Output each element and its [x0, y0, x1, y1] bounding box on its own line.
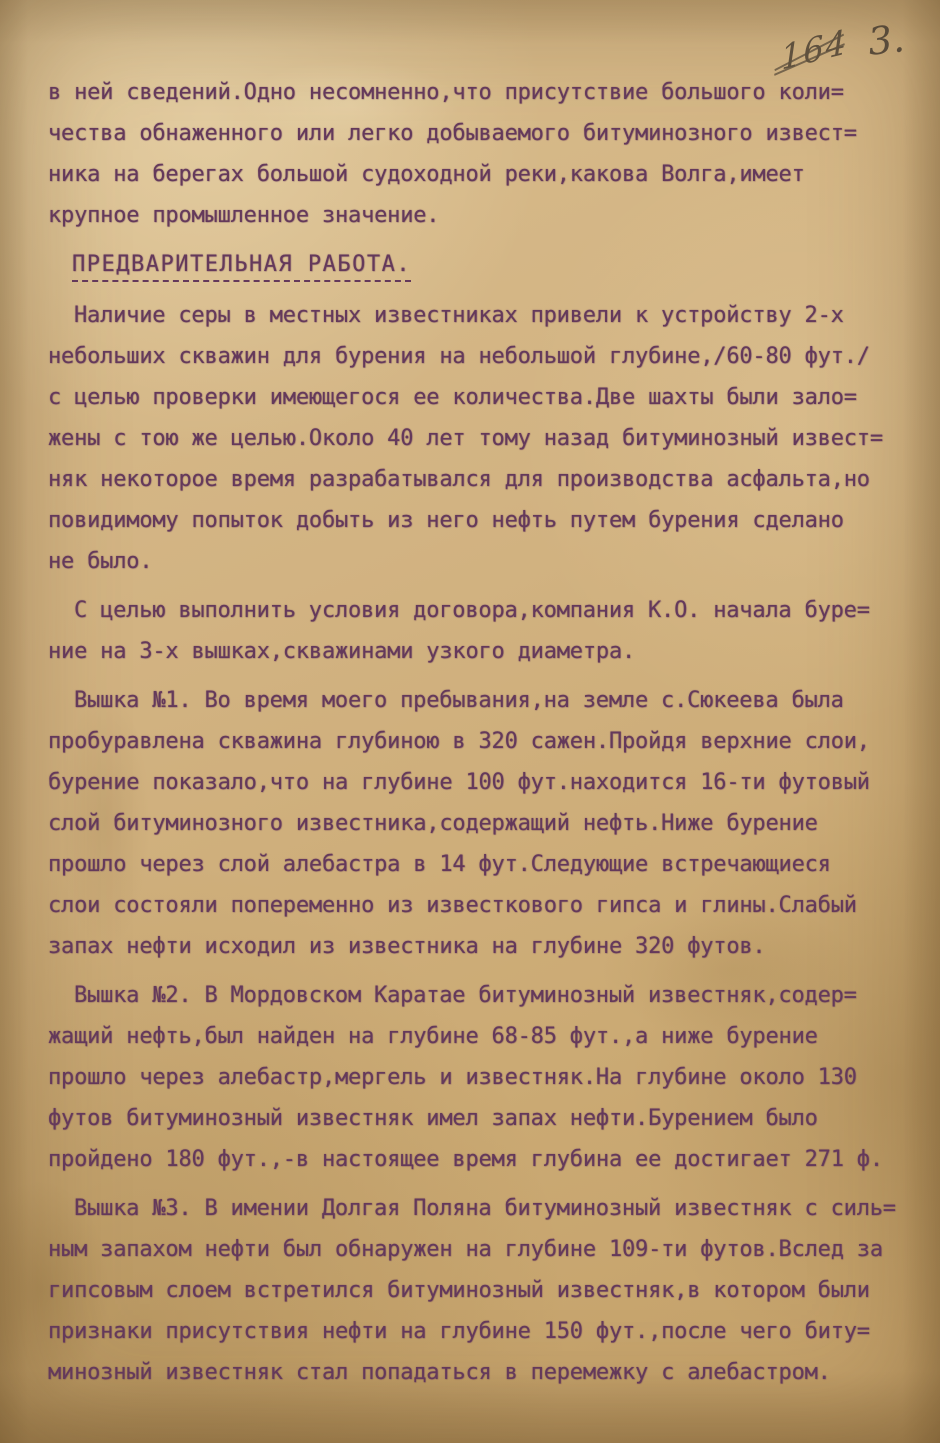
text-line: ным запахом нефти был обнаружен на глуби…: [48, 1229, 904, 1270]
text-line: признаки присутствия нефти на глубине 15…: [48, 1311, 904, 1352]
section-heading: ПРЕДВАРИТЕЛЬНАЯ РАБОТА.: [48, 244, 904, 285]
crossed-out-number-text: 164: [780, 21, 848, 78]
text-line: няк некоторое время разрабатывался для п…: [48, 459, 904, 500]
document-body: в ней сведений.Одно несомненно,что прису…: [48, 72, 904, 1401]
text-line: небольших скважин для бурения на небольш…: [48, 336, 904, 377]
text-line: слои состояли попеременно из известковог…: [48, 885, 904, 926]
text-line: жащий нефть,был найден на глубине 68-85 …: [48, 1016, 904, 1057]
text-line: ника на берегах большой судоходной реки,…: [48, 154, 904, 195]
strikethrough-line: [774, 43, 845, 76]
text-line: прошло через слой алебастра в 14 фут.Сле…: [48, 844, 904, 885]
text-line: крупное промышленное значение.: [48, 195, 904, 236]
text-line: пробуравлена скважина глубиною в 320 саж…: [48, 721, 904, 762]
paragraph: Вышка №3. В имении Долгая Поляна битумин…: [48, 1188, 904, 1393]
text-line: жены с тою же целью.Около 40 лет тому на…: [48, 418, 904, 459]
text-line: футов битуминозный известняк имел запах …: [48, 1098, 904, 1139]
text-line: Вышка №1. Во время моего пребывания,на з…: [48, 680, 904, 721]
text-line: Вышка №2. В Мордовском Каратае битуминоз…: [48, 975, 904, 1016]
strikethrough-line: [774, 34, 844, 72]
crossed-out-number: 164: [780, 21, 848, 78]
text-line: не было.: [48, 541, 904, 582]
text-line: повидимому попыток добыть из него нефть …: [48, 500, 904, 541]
page-number: 3.: [866, 16, 907, 64]
section-heading-text: ПРЕДВАРИТЕЛЬНАЯ РАБОТА.: [72, 252, 411, 282]
scanned-document-page: 164 3. в ней сведений.Одно несомненно,чт…: [0, 0, 940, 1443]
text-line: гипсовым слоем встретился битуминозный и…: [48, 1270, 904, 1311]
text-line: Вышка №3. В имении Долгая Поляна битумин…: [48, 1188, 904, 1229]
paragraph: Вышка №1. Во время моего пребывания,на з…: [48, 680, 904, 967]
text-line: минозный известняк стал попадаться в пер…: [48, 1352, 904, 1393]
paragraph: Вышка №2. В Мордовском Каратае битуминоз…: [48, 975, 904, 1180]
text-line: С целью выполнить условия договора,компа…: [48, 590, 904, 631]
paragraph: Наличие серы в местных известниках приве…: [48, 295, 904, 582]
text-line: ние на 3-х вышках,скважинами узкого диам…: [48, 631, 904, 672]
text-line: чества обнаженного или легко добываемого…: [48, 113, 904, 154]
text-line: в ней сведений.Одно несомненно,что прису…: [48, 72, 904, 113]
paragraph: С целью выполнить условия договора,компа…: [48, 590, 904, 672]
text-line: Наличие серы в местных известниках приве…: [48, 295, 904, 336]
text-line: прошло через алебастр,мергель и известня…: [48, 1057, 904, 1098]
text-line: слой битуминозного известника,содержащий…: [48, 803, 904, 844]
text-line: запах нефти исходил из известника на глу…: [48, 926, 904, 967]
text-line: с целью проверки имеющегося ее количеств…: [48, 377, 904, 418]
text-line: пройдено 180 фут.,-в настоящее время глу…: [48, 1139, 904, 1180]
paragraph: в ней сведений.Одно несомненно,что прису…: [48, 72, 904, 236]
text-line: бурение показало,что на глубине 100 фут.…: [48, 762, 904, 803]
